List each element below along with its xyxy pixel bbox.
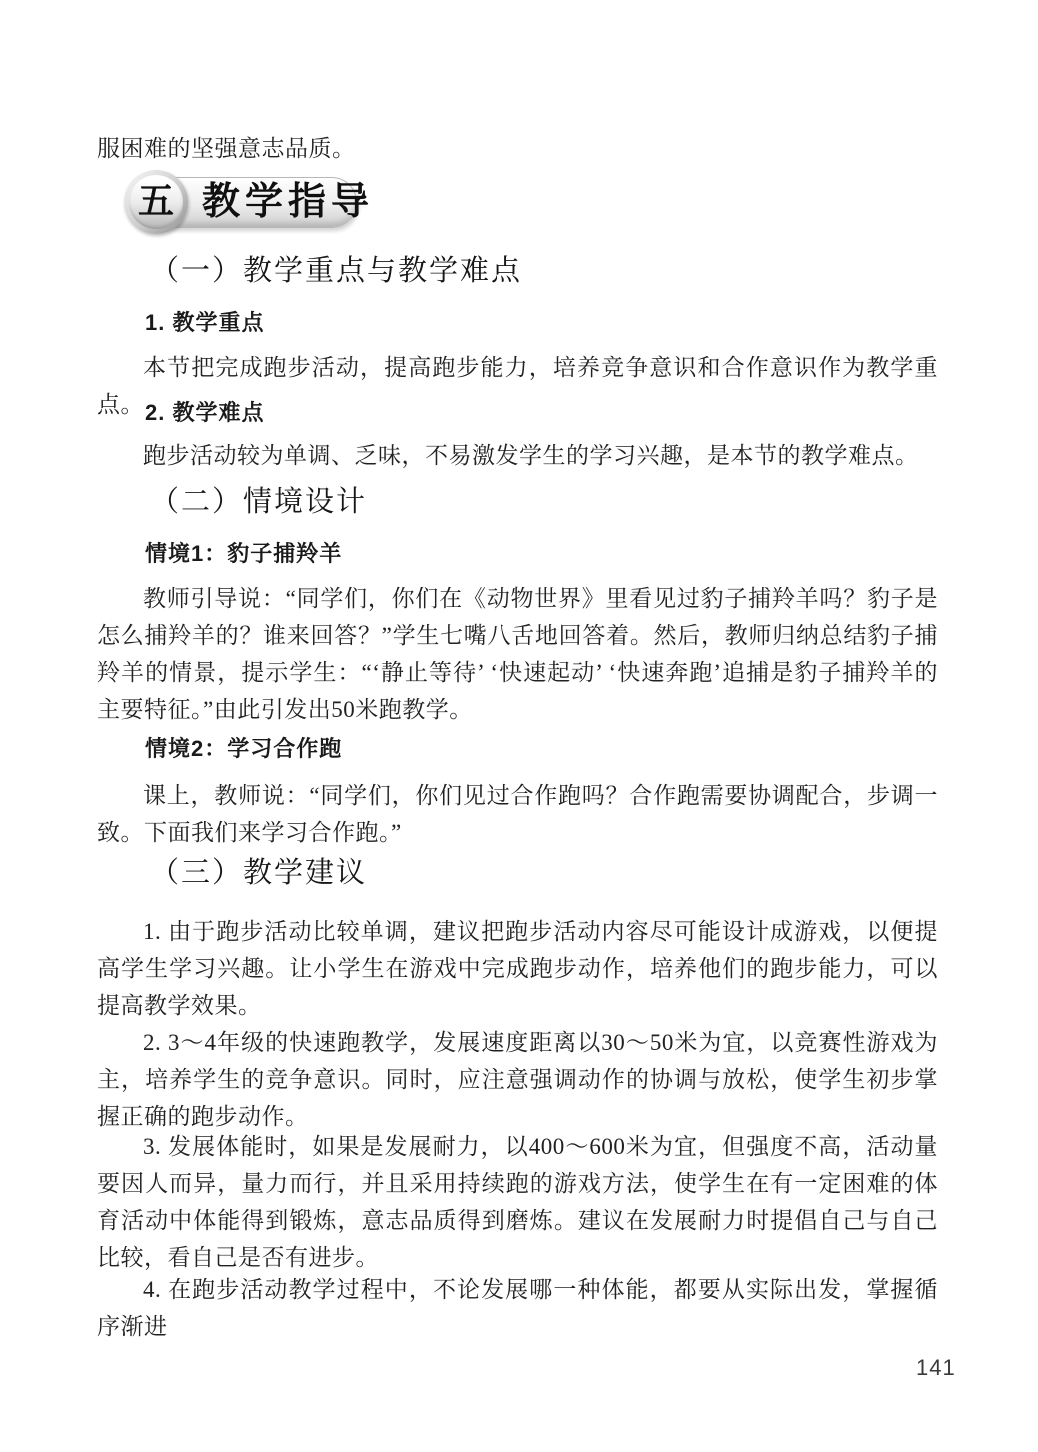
section-badge-circle-inner: 五 [129, 175, 183, 229]
subheading-scenario-1: 情境1：豹子捕羚羊 [145, 542, 342, 566]
subheading-teaching-difficulty: 2. 教学难点 [145, 401, 264, 425]
paragraph-teaching-difficulty: 跑步活动较为单调、乏味，不易激发学生的学习兴趣，是本节的教学难点。 [97, 437, 938, 474]
suggestion-paragraph-4: 4. 在跑步活动教学过程中，不论发展哪一种体能，都要从实际出发，掌握循序渐进 [97, 1271, 938, 1345]
page-number: 141 [916, 1355, 956, 1381]
section-number: 五 [138, 183, 174, 221]
suggestion-paragraph-2: 2. 3～4年级的快速跑教学，发展速度距离以30～50米为宜，以竞赛性游戏为主，… [97, 1024, 938, 1135]
section-badge: 教学指导 五 [124, 168, 364, 234]
section-badge-circle: 五 [124, 170, 188, 234]
subheading-teaching-key: 1. 教学重点 [145, 311, 264, 335]
heading-teaching-suggestions: （三）教学建议 [150, 857, 367, 889]
suggestion-paragraph-1: 1. 由于跑步活动比较单调，建议把跑步活动内容尽可能设计成游戏，以便提高学生学习… [97, 913, 938, 1024]
suggestion-paragraph-3: 3. 发展体能时，如果是发展耐力，以400～600米为宜，但强度不高，活动量要因… [97, 1128, 938, 1276]
paragraph-scenario-2: 课上，教师说：“同学们，你们见过合作跑吗？合作跑需要协调配合，步调一致。下面我们… [97, 777, 938, 851]
section-badge-title: 教学指导 [202, 181, 374, 223]
book-page: 服困难的坚强意志品质。 教学指导 五 （一）教学重点与教学难点 1. 教学重点 … [0, 0, 1038, 1452]
subheading-scenario-2: 情境2：学习合作跑 [145, 737, 342, 761]
leading-text: 服困难的坚强意志品质。 [97, 130, 938, 167]
paragraph-scenario-1: 教师引导说：“同学们，你们在《动物世界》里看见过豹子捕羚羊吗？豹子是怎么捕羚羊的… [97, 580, 938, 728]
heading-scenario-design: （二）情境设计 [150, 486, 367, 518]
heading-key-difficult-points: （一）教学重点与教学难点 [150, 255, 522, 287]
